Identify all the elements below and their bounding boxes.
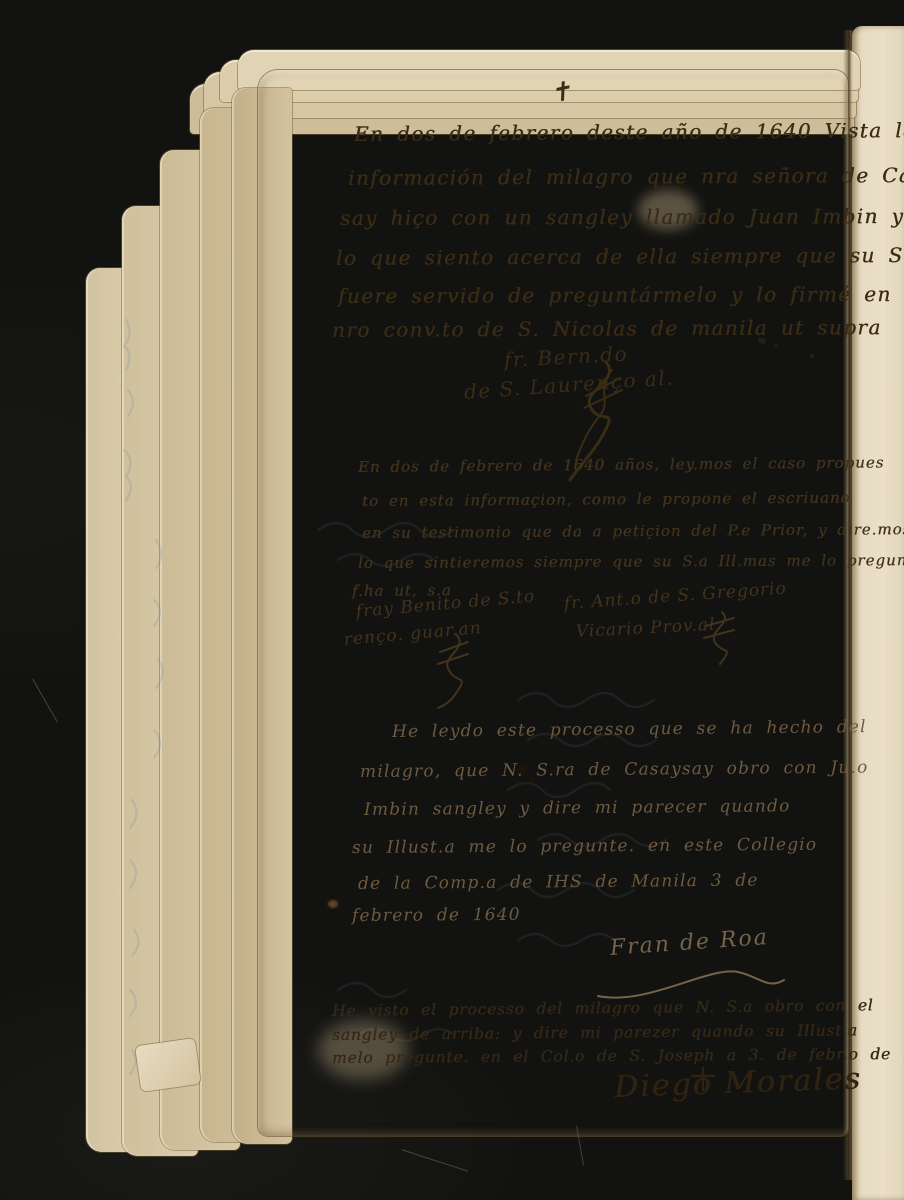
text-line: lo que siento acerca de ella siempre que…: [336, 242, 904, 270]
text-line: fuere servido de preguntármelo y lo firm…: [338, 282, 904, 308]
ink-speck: [810, 354, 814, 358]
text-line: en su testimonio que da a petiçion del P…: [362, 520, 904, 542]
text-line: nro conv.to de S. Nicolas de manila ut s…: [332, 315, 882, 342]
text-line: de la Comp.a de IHS de Manila 3 de: [358, 871, 759, 894]
manuscript-photo: ✝ En dos de febrero deste año de 1640 Vi…: [0, 0, 904, 1200]
text-line: lo que sintieremos siempre que su S.a Il…: [358, 551, 904, 572]
signature-cross-mark: [688, 1066, 718, 1092]
text-line: su Illust.a me lo pregunte. en este Coll…: [352, 835, 817, 858]
rust-stain: [328, 900, 338, 908]
manuscript-page: ✝ En dos de febrero deste año de 1640 Vi…: [258, 70, 848, 1136]
text-line: febrero de 1640: [352, 905, 521, 926]
signature-rubric-flourish: [696, 610, 740, 670]
text-line: Imbin sangley y dire mi parecer quando: [364, 796, 791, 820]
text-line: En dos de febrero de 1640 años, ley.mos …: [358, 453, 885, 476]
invocation-cross-icon: ✝: [547, 76, 575, 110]
folded-page-corner: [135, 1038, 201, 1092]
signature-rubric-flourish: [426, 630, 476, 710]
bleedthrough-marks: [96, 300, 236, 1100]
ink-speck: [774, 344, 778, 347]
signature-line: Diego Morales: [613, 1061, 862, 1105]
next-page-edge: [852, 26, 904, 1200]
text-line: say hiço con un sangley llamado Juan Imb…: [340, 204, 904, 230]
text-line: En dos de febrero deste año de 1640 Vist…: [354, 118, 904, 146]
dust-fiber: [32, 679, 58, 723]
text-line: to en esta informaçion, como le propone …: [362, 489, 851, 510]
text-line: información del milagro que nra señora d…: [348, 163, 904, 190]
dust-fiber: [402, 1149, 469, 1172]
